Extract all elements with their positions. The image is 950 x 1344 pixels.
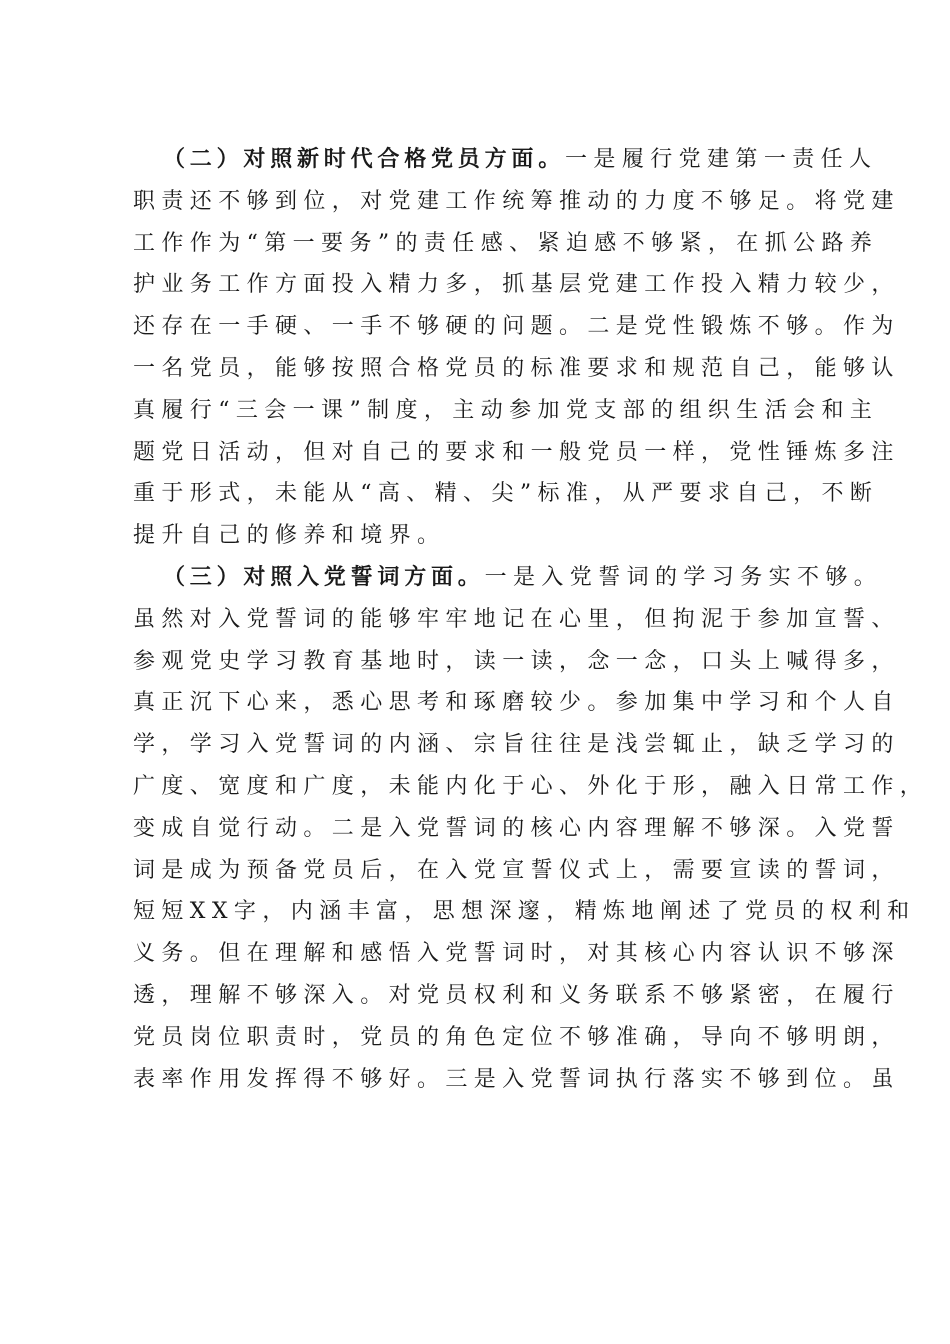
paragraph-line: 还存在一手硬、一手不够硬的问题。二是党性锻炼不够。作为 <box>133 306 833 348</box>
paragraph-line: 透，理解不够深入。对党员权利和义务联系不够紧密，在履行 <box>133 975 833 1017</box>
paragraph-line: 护业务工作方面投入精力多，抓基层党建工作投入精力较少， <box>133 264 833 306</box>
paragraph-line: 重于形式，未能从“高、精、尖”标准，从严要求自己，不断 <box>133 473 833 515</box>
paragraph-text: 一是入党誓词的学习务实不够。 <box>485 565 883 590</box>
paragraph-line: 虽然对入党誓词的能够牢牢地记在心里，但拘泥于参加宣誓、 <box>133 599 833 641</box>
section-heading-3: （三）对照入党誓词方面。 <box>163 564 485 590</box>
paragraph-2-line-1: （二）对照新时代合格党员方面。一是履行党建第一责任人 <box>133 139 833 181</box>
paragraph-line: 提升自己的修养和境界。 <box>133 515 833 557</box>
paragraph-line: 学，学习入党誓词的内涵、宗旨往往是浅尝辄止，缺乏学习的 <box>133 724 833 766</box>
paragraph-line: 职责还不够到位，对党建工作统筹推动的力度不够足。将党建 <box>133 181 833 223</box>
document-body: （二）对照新时代合格党员方面。一是履行党建第一责任人 职责还不够到位，对党建工作… <box>133 139 833 1100</box>
paragraph-line: 变成自觉行动。二是入党誓词的核心内容理解不够深。入党誓 <box>133 808 833 850</box>
paragraph-line: 真正沉下心来，悉心思考和琢磨较少。参加集中学习和个人自 <box>133 682 833 724</box>
document-page: （二）对照新时代合格党员方面。一是履行党建第一责任人 职责还不够到位，对党建工作… <box>0 0 950 1344</box>
paragraph-line: 党员岗位职责时，党员的角色定位不够准确，导向不够明朗， <box>133 1017 833 1059</box>
paragraph-3-line-1: （三）对照入党誓词方面。一是入党誓词的学习务实不够。 <box>133 557 833 599</box>
paragraph-line: 广度、宽度和广度，未能内化于心、外化于形，融入日常工作， <box>133 766 833 808</box>
section-heading-2: （二）对照新时代合格党员方面。 <box>163 146 565 172</box>
paragraph-line: 义务。但在理解和感悟入党誓词时，对其核心内容认识不够深 <box>133 933 833 975</box>
paragraph-line: 真履行“三会一课”制度，主动参加党支部的组织生活会和主 <box>133 390 833 432</box>
paragraph-line: 工作作为“第一要务”的责任感、紧迫感不够紧，在抓公路养 <box>133 223 833 265</box>
paragraph-line: 题党日活动，但对自己的要求和一般党员一样，党性锤炼多注 <box>133 432 833 474</box>
paragraph-line: 表率作用发挥得不够好。三是入党誓词执行落实不够到位。虽 <box>133 1059 833 1101</box>
paragraph-line: 一名党员，能够按照合格党员的标准要求和规范自己，能够认 <box>133 348 833 390</box>
paragraph-text: 一是履行党建第一责任人 <box>565 147 877 172</box>
paragraph-line: 参观党史学习教育基地时，读一读，念一念，口头上喊得多， <box>133 641 833 683</box>
paragraph-line: 短短XX字，内涵丰富，思想深邃，精炼地阐述了党员的权利和 <box>133 891 833 933</box>
paragraph-line: 词是成为预备党员后，在入党宣誓仪式上，需要宣读的誓词， <box>133 850 833 892</box>
